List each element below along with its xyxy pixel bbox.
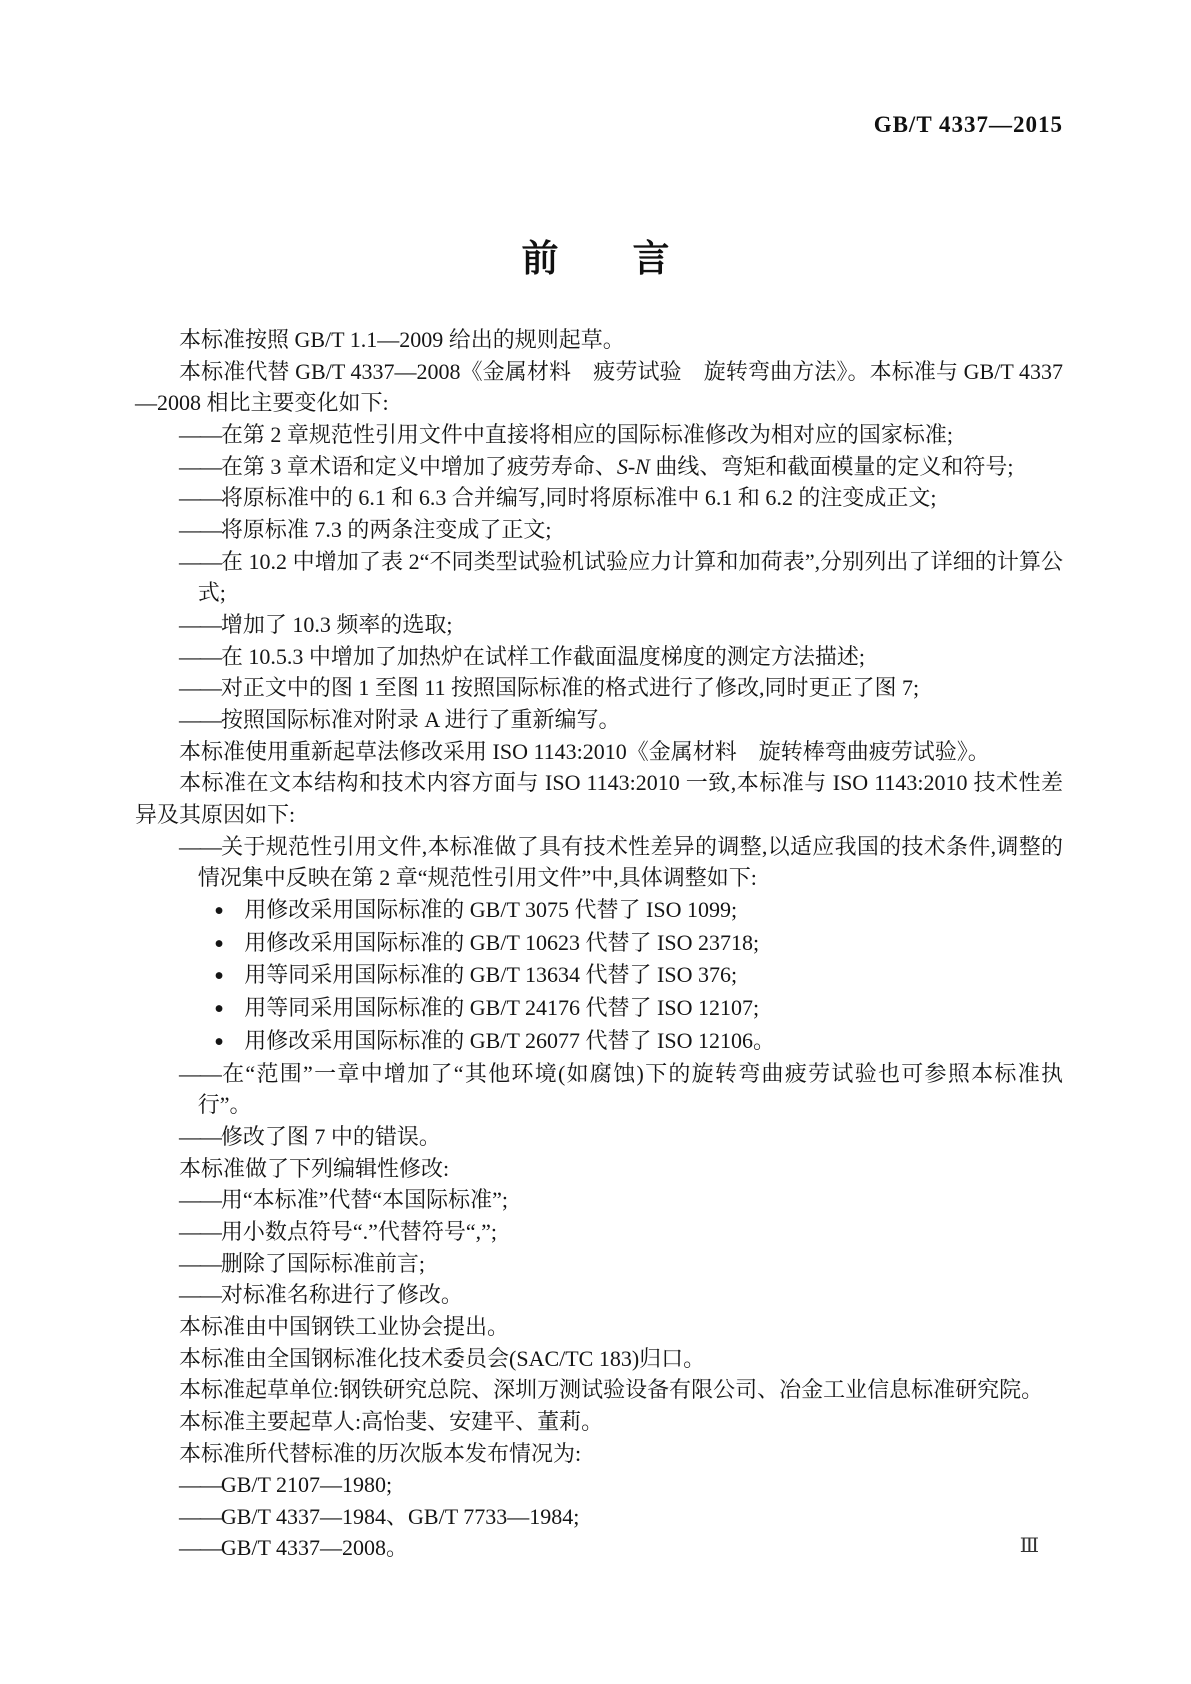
dash-marker: —— <box>179 1061 221 1086</box>
paragraph-text: 将原标准中的 6.1 和 6.3 合并编写,同时将原标准中 6.1 和 6.2 … <box>221 485 937 510</box>
bullet-marker: ● <box>214 1026 244 1058</box>
bullet-item: ●用修改采用国际标准的 GB/T 26077 代替了 ISO 12106。 <box>135 1025 1063 1058</box>
paragraph-text: 用“本标准”代替“本国际标准”; <box>221 1187 508 1212</box>
foreword-body: 本标准按照 GB/T 1.1—2009 给出的规则起草。本标准代替 GB/T 4… <box>135 324 1063 1564</box>
dash-item: ——按照国际标准对附录 A 进行了重新编写。 <box>135 704 1063 736</box>
paragraph-text: GB/T 4337—2008。 <box>221 1535 408 1560</box>
paragraph-text: 用修改采用国际标准的 GB/T 10623 代替了 ISO 23718; <box>244 930 759 955</box>
dash-marker: —— <box>179 612 221 637</box>
bullet-item: ●用等同采用国际标准的 GB/T 24176 代替了 ISO 12107; <box>135 992 1063 1025</box>
paragraph: 本标准所代替标准的历次版本发布情况为: <box>135 1438 1063 1470</box>
dash-item: ——将原标准 7.3 的两条注变成了正文; <box>135 514 1063 546</box>
paragraph-text: 将原标准 7.3 的两条注变成了正文; <box>221 517 552 542</box>
dash-marker: —— <box>179 1535 221 1560</box>
bullet-item: ●用修改采用国际标准的 GB/T 3075 代替了 ISO 1099; <box>135 894 1063 927</box>
paragraph-text: 本标准使用重新起草法修改采用 ISO 1143:2010《金属材料 旋转棒弯曲疲… <box>179 739 990 764</box>
paragraph: 本标准做了下列编辑性修改: <box>135 1153 1063 1185</box>
paragraph-text: 在第 3 章术语和定义中增加了疲劳寿命、S-N 曲线、弯矩和截面模量的定义和符号… <box>221 454 1014 479</box>
page-number: Ⅲ <box>1020 1533 1039 1558</box>
paragraph-text: 对标准名称进行了修改。 <box>221 1282 463 1307</box>
document-page: GB/T 4337—2015 前 言 本标准按照 GB/T 1.1—2009 给… <box>0 0 1191 1684</box>
paragraph-text: 本标准由中国钢铁工业协会提出。 <box>179 1314 509 1339</box>
paragraph-text: 删除了国际标准前言; <box>221 1251 425 1276</box>
dash-item: ——将原标准中的 6.1 和 6.3 合并编写,同时将原标准中 6.1 和 6.… <box>135 482 1063 514</box>
paragraph: 本标准起草单位:钢铁研究总院、深圳万测试验设备有限公司、冶金工业信息标准研究院。 <box>135 1374 1063 1406</box>
dash-item: ——在第 3 章术语和定义中增加了疲劳寿命、S-N 曲线、弯矩和截面模量的定义和… <box>135 451 1063 483</box>
paragraph-text: 本标准所代替标准的历次版本发布情况为: <box>179 1441 581 1466</box>
paragraph: 本标准主要起草人:高怡斐、安建平、董莉。 <box>135 1406 1063 1438</box>
dash-marker: —— <box>179 1251 221 1276</box>
paragraph-text: 对正文中的图 1 至图 11 按照国际标准的格式进行了修改,同时更正了图 7; <box>221 675 919 700</box>
dash-item: ——在 10.2 中增加了表 2“不同类型试验机试验应力计算和加荷表”,分别列出… <box>135 546 1063 609</box>
paragraph-text: 本标准主要起草人:高怡斐、安建平、董莉。 <box>179 1409 603 1434</box>
paragraph-text: GB/T 4337—1984、GB/T 7733—1984; <box>221 1504 580 1529</box>
dash-marker: —— <box>179 1472 221 1497</box>
paragraph-text: 在 10.2 中增加了表 2“不同类型试验机试验应力计算和加荷表”,分别列出了详… <box>198 549 1063 606</box>
dash-marker: —— <box>179 517 221 542</box>
paragraph-text: 本标准起草单位:钢铁研究总院、深圳万测试验设备有限公司、冶金工业信息标准研究院。 <box>179 1377 1043 1402</box>
paragraph-text: 用修改采用国际标准的 GB/T 26077 代替了 ISO 12106。 <box>244 1028 775 1053</box>
dash-item: ——对正文中的图 1 至图 11 按照国际标准的格式进行了修改,同时更正了图 7… <box>135 672 1063 704</box>
paragraph-text: 在“范围”一章中增加了“其他环境(如腐蚀)下的旋转弯曲疲劳试验也可参照本标准执行… <box>198 1061 1063 1118</box>
paragraph: 本标准使用重新起草法修改采用 ISO 1143:2010《金属材料 旋转棒弯曲疲… <box>135 736 1063 768</box>
paragraph-text: 用等同采用国际标准的 GB/T 24176 代替了 ISO 12107; <box>244 995 759 1020</box>
bullet-item: ●用修改采用国际标准的 GB/T 10623 代替了 ISO 23718; <box>135 927 1063 960</box>
dash-marker: —— <box>179 454 221 479</box>
paragraph: 本标准按照 GB/T 1.1—2009 给出的规则起草。 <box>135 324 1063 356</box>
paragraph-text: 用小数点符号“.”代替符号“,”; <box>221 1219 497 1244</box>
bullet-marker: ● <box>214 928 244 960</box>
dash-marker: —— <box>179 1187 221 1212</box>
dash-marker: —— <box>179 707 221 732</box>
bullet-marker: ● <box>214 960 244 992</box>
dash-marker: —— <box>179 1282 221 1307</box>
dash-item: ——增加了 10.3 频率的选取; <box>135 609 1063 641</box>
paragraph-text: 本标准代替 GB/T 4337—2008《金属材料 疲劳试验 旋转弯曲方法》。本… <box>135 359 1063 416</box>
dash-marker: —— <box>179 422 221 447</box>
dash-item: ——修改了图 7 中的错误。 <box>135 1121 1063 1153</box>
paragraph-text: GB/T 2107—1980; <box>221 1472 392 1497</box>
dash-marker: —— <box>179 1124 221 1149</box>
dash-marker: —— <box>179 1219 221 1244</box>
paragraph: 本标准由全国钢标准化技术委员会(SAC/TC 183)归口。 <box>135 1343 1063 1375</box>
standard-number-header: GB/T 4337—2015 <box>874 112 1063 138</box>
paragraph-text: 按照国际标准对附录 A 进行了重新编写。 <box>221 707 621 732</box>
paragraph-text: 增加了 10.3 频率的选取; <box>221 612 453 637</box>
bullet-marker: ● <box>214 895 244 927</box>
dash-item: ——GB/T 2107—1980; <box>135 1469 1063 1501</box>
paragraph-text: 在第 2 章规范性引用文件中直接将相应的国际标准修改为相对应的国家标准; <box>221 422 953 447</box>
paragraph-text: 本标准在文本结构和技术内容方面与 ISO 1143:2010 一致,本标准与 I… <box>135 770 1063 827</box>
paragraph-text: 用等同采用国际标准的 GB/T 13634 代替了 ISO 376; <box>244 962 737 987</box>
dash-item: ——用“本标准”代替“本国际标准”; <box>135 1184 1063 1216</box>
page-title: 前 言 <box>0 228 1191 282</box>
sn-curve-symbol: S-N <box>617 454 650 479</box>
dash-item: ——在 10.5.3 中增加了加热炉在试样工作截面温度梯度的测定方法描述; <box>135 641 1063 673</box>
paragraph-text: 本标准做了下列编辑性修改: <box>179 1156 449 1181</box>
paragraph-text: 本标准由全国钢标准化技术委员会(SAC/TC 183)归口。 <box>179 1346 705 1371</box>
bullet-marker: ● <box>214 993 244 1025</box>
dash-marker: —— <box>179 675 221 700</box>
dash-item: ——用小数点符号“.”代替符号“,”; <box>135 1216 1063 1248</box>
dash-item: ——在“范围”一章中增加了“其他环境(如腐蚀)下的旋转弯曲疲劳试验也可参照本标准… <box>135 1058 1063 1121</box>
dash-item: ——对标准名称进行了修改。 <box>135 1279 1063 1311</box>
bullet-item: ●用等同采用国际标准的 GB/T 13634 代替了 ISO 376; <box>135 959 1063 992</box>
paragraph-text: 用修改采用国际标准的 GB/T 3075 代替了 ISO 1099; <box>244 897 737 922</box>
paragraph-text: 关于规范性引用文件,本标准做了具有技术性差异的调整,以适应我国的技术条件,调整的… <box>198 834 1063 891</box>
paragraph: 本标准代替 GB/T 4337—2008《金属材料 疲劳试验 旋转弯曲方法》。本… <box>135 356 1063 419</box>
dash-item: ——GB/T 4337—1984、GB/T 7733—1984; <box>135 1501 1063 1533</box>
paragraph-text: 在 10.5.3 中增加了加热炉在试样工作截面温度梯度的测定方法描述; <box>221 644 865 669</box>
dash-marker: —— <box>179 485 221 510</box>
paragraph: 本标准由中国钢铁工业协会提出。 <box>135 1311 1063 1343</box>
dash-item: ——删除了国际标准前言; <box>135 1248 1063 1280</box>
paragraph: 本标准在文本结构和技术内容方面与 ISO 1143:2010 一致,本标准与 I… <box>135 767 1063 830</box>
dash-item: ——在第 2 章规范性引用文件中直接将相应的国际标准修改为相对应的国家标准; <box>135 419 1063 451</box>
dash-marker: —— <box>179 549 221 574</box>
paragraph-text: 修改了图 7 中的错误。 <box>221 1124 441 1149</box>
paragraph-text: 本标准按照 GB/T 1.1—2009 给出的规则起草。 <box>179 327 625 352</box>
dash-marker: —— <box>179 1504 221 1529</box>
dash-marker: —— <box>179 834 221 859</box>
dash-item: ——GB/T 4337—2008。 <box>135 1532 1063 1564</box>
dash-marker: —— <box>179 644 221 669</box>
dash-item: ——关于规范性引用文件,本标准做了具有技术性差异的调整,以适应我国的技术条件,调… <box>135 831 1063 894</box>
